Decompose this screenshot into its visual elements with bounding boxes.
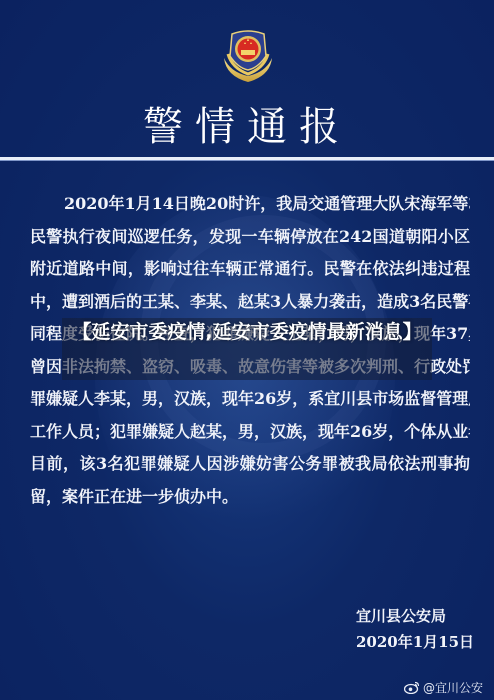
body-line: 2020年1月14日晚20时许，我局交通管理大队宋海军等3名 (30, 188, 470, 221)
body-line: 留，案件正在进一步侦办中。 (30, 481, 470, 514)
signature-block: 宜川县公安局 2020年1月15日 (356, 603, 474, 655)
police-emblem-icon (218, 28, 278, 84)
body-line: 民警执行夜间巡逻任务，发现一车辆停放在242国道朝阳小区 (30, 221, 470, 254)
body-line: 罪嫌疑人李某，男，汉族，现年26岁，系宜川县市场监督管理局 (30, 383, 470, 416)
weibo-handle: @宜川公安 (423, 679, 483, 696)
body-line: 目前，该3名犯罪嫌疑人因涉嫌妨害公务罪被我局依法刑事拘 (30, 448, 470, 481)
title-divider (0, 157, 494, 161)
signature-date: 2020年1月15日 (356, 629, 474, 655)
body-line: 工作人员；犯罪嫌疑人赵某，男，汉族，现年26岁，个体从业者。 (30, 416, 470, 449)
headline-overlay: 【延安市委疫情,延安市委疫情最新消息】 (62, 320, 432, 344)
signature-org: 宜川县公安局 (356, 603, 474, 629)
body-line: 附近道路中间，影响过往车辆正常通行。民警在依法纠违过程 (30, 253, 470, 286)
body-line: 中，遭到酒后的王某、李某、赵某3人暴力袭击，造成3名民警不 (30, 286, 470, 319)
weibo-watermark: @宜川公安 (404, 679, 483, 696)
page-title: 警情通报 (0, 95, 494, 152)
weibo-icon (404, 681, 420, 694)
